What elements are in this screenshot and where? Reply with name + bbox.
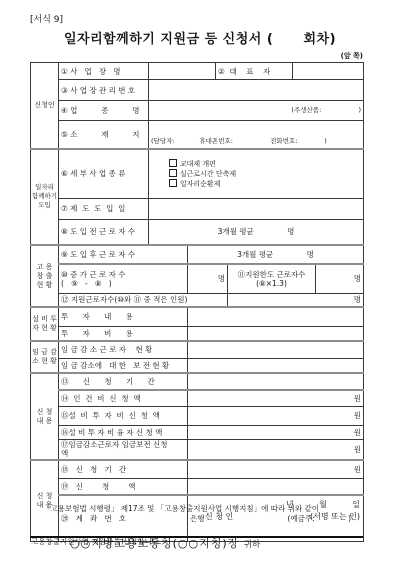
increased-workers-label: ⑩ 증 가 근 로 자 수 ( ⑨ - ⑧ ) (59, 264, 188, 293)
system-intro-date-field[interactable] (149, 198, 364, 219)
labor-cost-request-field[interactable]: 원 (188, 390, 364, 406)
investment-cost-field[interactable] (188, 326, 364, 341)
facility-invest-request-field[interactable]: 원 (188, 406, 364, 425)
date-line: 년 월 일 (286, 499, 360, 510)
section-request-content-1: 신 청 내 용 (31, 373, 59, 460)
investment-cost-label: 투 자 비 용 (59, 326, 188, 341)
section-employment-creation: 고 용 창 출 현 황 (31, 245, 59, 307)
workplace-name-label: ① 사 업 장 명 (59, 63, 149, 80)
workplace-name-field[interactable] (149, 63, 216, 80)
address-field[interactable]: (담당자: 휴대폰번호: 전화번호: ) (149, 121, 364, 149)
facility-loan-request-field[interactable]: 원 (188, 425, 364, 439)
investment-detail-field[interactable] (188, 307, 364, 326)
increased-workers-field[interactable]: 명 (188, 264, 228, 293)
recipient-line: ○○지방고용노동청(○○지청)장 귀하 (52, 522, 260, 564)
form-code: [서식 9] (30, 12, 63, 25)
supported-workers-label: ⑫ 지원근로자수(⑩와 ⑪ 중 적은 인원) (59, 293, 228, 307)
request-period-2-label: ⑱ 신 청 기 간 (59, 460, 188, 478)
checkbox-icon[interactable] (169, 159, 177, 167)
application-form-table: 신청인 ① 사 업 장 명 ② 대 표 자 ③ 사 업 장 관 리 번 호 ④ … (30, 62, 364, 542)
wage-compensation-request-label: ⑰임금감소근로자 임금보전 신청 액 (59, 439, 188, 460)
option-job-rotation[interactable]: 일자리순환제 (169, 179, 221, 189)
option-shift-system[interactable]: 교대제 개편 (169, 159, 216, 169)
workers-before-field[interactable]: 3개월 평균 명 (149, 219, 364, 245)
wage-compensation-request-field[interactable]: 원 (188, 439, 364, 460)
sign-or-seal-note: (서명 또는 인) (310, 511, 360, 522)
representative-label: ② 대 표 자 (216, 63, 293, 80)
workers-after-field[interactable]: 3개월 평균 명 (188, 245, 364, 264)
workplace-mgmt-number-field[interactable] (149, 80, 364, 101)
section-jobshare-intro: 일자리 함께하기 도입 (31, 149, 59, 246)
industry-field[interactable]: (주생산품: ) (149, 101, 364, 121)
investment-detail-label: 투 자 내 용 (59, 307, 188, 326)
form-page: [서식 9] 일자리함께하기 지원금 등 신청서 ( 회차) (앞 쪽) 신청인… (0, 0, 400, 566)
bottom-divider (30, 536, 363, 538)
section-applicant: 신청인 (31, 63, 59, 149)
address-label: ⑤ 소 재 지 (59, 121, 149, 149)
checkbox-label: 일자리순환제 (180, 180, 221, 188)
request-period-2-field[interactable]: 원 (188, 460, 364, 478)
recipient-office: ○○지방고용노동청(○○지청)장 (70, 537, 244, 550)
labor-cost-request-label: ⑭ 인 건 비 신 청 액 (59, 390, 188, 406)
workers-after-label: ⑨ 도 입 후 근 로 자 수 (59, 245, 188, 264)
page-side-note: (앞 쪽) (341, 51, 363, 61)
wage-reduced-workers-field[interactable] (188, 341, 364, 358)
industry-label: ④ 업 종 명 (59, 101, 149, 121)
supported-workers-field[interactable]: 명 (228, 293, 364, 307)
checkbox-label: 실근로시간 단축제 (180, 170, 236, 178)
request-period-field[interactable] (188, 373, 364, 390)
section-wage-reduction: 임 금 감 소 현 황 (31, 341, 59, 373)
checkbox-icon[interactable] (169, 179, 177, 187)
section-facility-investment: 설 비 투 자 현 황 (31, 307, 59, 341)
checkbox-label: 교대제 개편 (180, 160, 216, 168)
page-title: 일자리함께하기 지원금 등 신청서 ( 회차) (0, 28, 400, 47)
workplace-mgmt-number-label: ③ 사 업 장 관 리 번 호 (59, 80, 149, 101)
subprogram-type-label: ⑥ 세 부 사 업 종 류 (59, 149, 149, 199)
wage-compensation-field[interactable] (188, 358, 364, 373)
representative-field[interactable] (293, 63, 364, 80)
option-worktime-reduction[interactable]: 실근로시간 단축제 (169, 169, 236, 179)
wage-reduced-workers-label: 임 금 감 소 근 로 자 현 황 (59, 341, 188, 358)
checkbox-icon[interactable] (169, 169, 177, 177)
subprogram-type-options: 교대제 개편 실근로시간 단축제 일자리순환제 (149, 149, 364, 199)
system-intro-date-label: ⑦ 제 도 도 입 일 (59, 198, 149, 219)
facility-invest-request-label: ⑮설 비 투 자 비 신 청 액 (59, 406, 188, 425)
request-period-label: ⑬ 신 청 기 간 (59, 373, 188, 390)
applicant-signature-label: 신 청 인 (205, 511, 233, 522)
wage-compensation-label: 임 금 감소에 대 한 보 전 현 황 (59, 358, 188, 373)
recipient-honorific: 귀하 (244, 540, 260, 550)
support-limit-workers-field[interactable]: 명 (316, 264, 364, 293)
workers-before-label: ⑧ 도 입 전 근 로 자 수 (59, 219, 149, 245)
support-limit-workers-label: ⑪지원한도 근로자수 (⑧×1.3) (228, 264, 316, 293)
facility-loan-request-label: ⑯설 비 투 자 비 융 자 신 청 액 (59, 425, 188, 439)
